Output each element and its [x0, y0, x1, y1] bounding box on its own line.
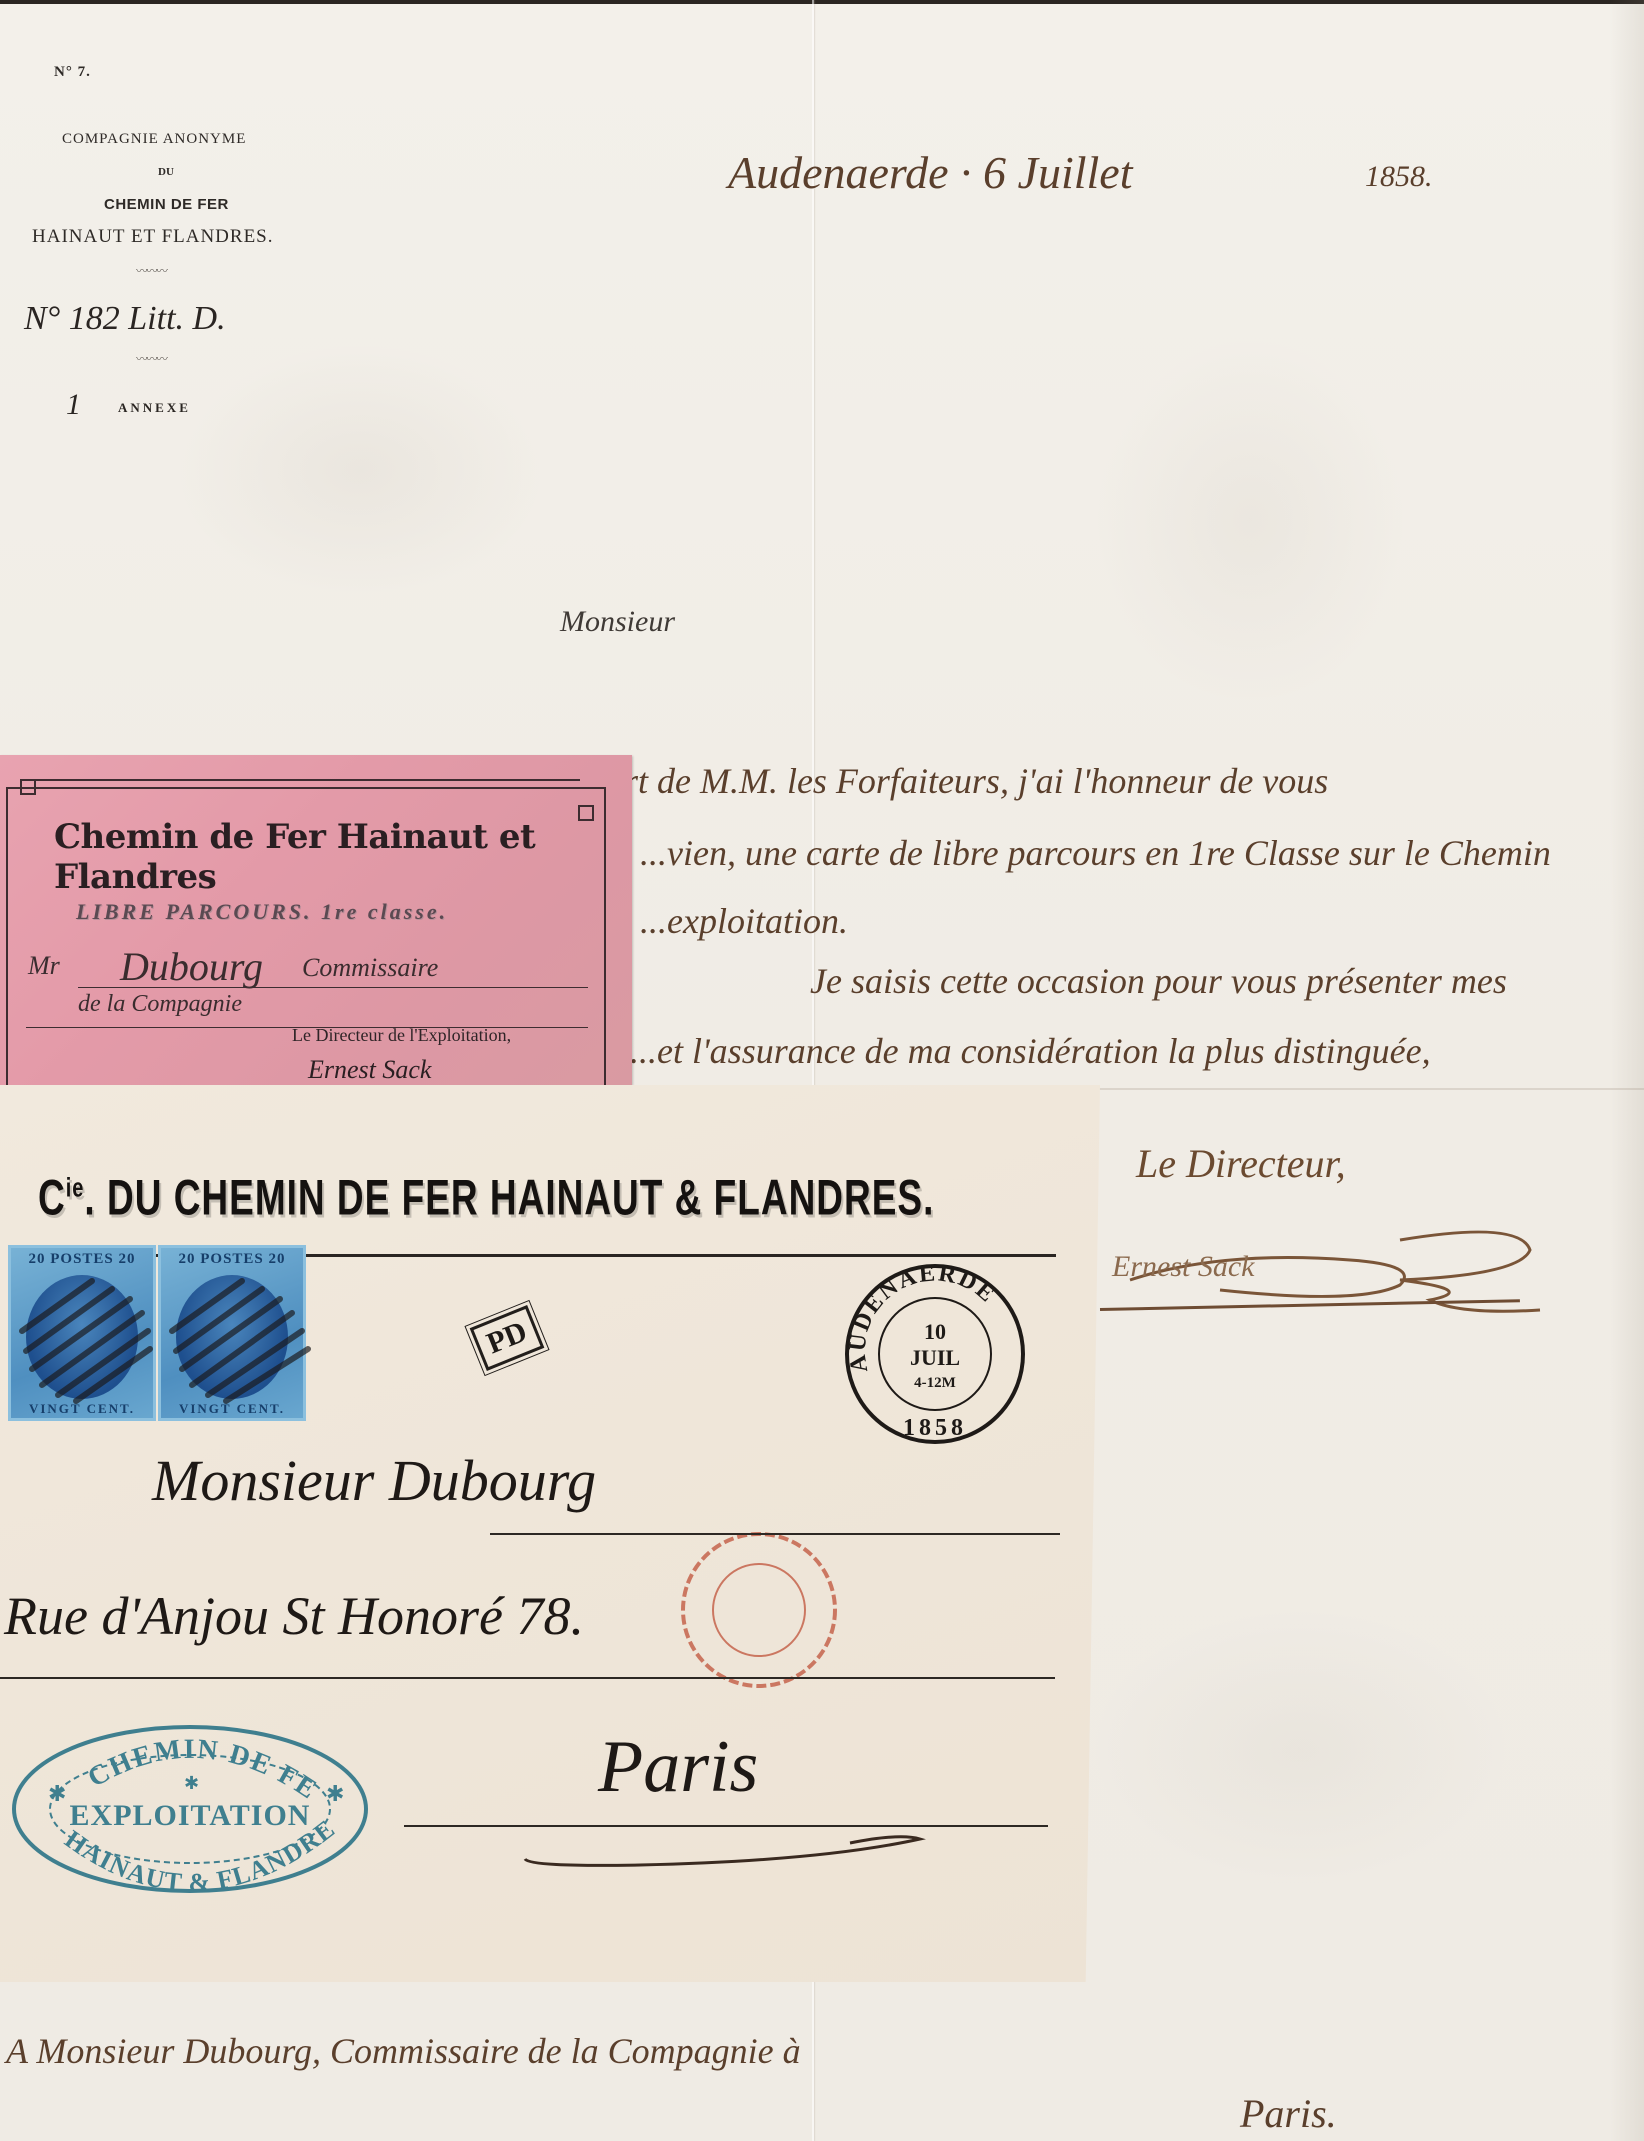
ticket-holder-role: Commissaire — [302, 953, 438, 983]
scan-border — [0, 0, 1644, 4]
ticket-holder-role-2: de la Compagnie — [78, 991, 242, 1018]
annex-label: ANNEXE — [118, 400, 191, 416]
svg-text:✱: ✱ — [184, 1773, 199, 1793]
svg-text:EXPLOITATION: EXPLOITATION — [70, 1799, 311, 1832]
ticket-signatory-name: Ernest Sack — [308, 1055, 431, 1085]
ticket-rule — [78, 987, 588, 988]
ticket-holder-prefix: Mr — [28, 951, 60, 981]
envelope-header: Cie. DU CHEMIN DE FER HAINAUT & FLANDRES… — [38, 1170, 934, 1227]
letter-salutation: Monsieur — [560, 605, 675, 639]
letter-place-date: Audenaerde · 6 Juillet — [728, 146, 1133, 199]
red-transit-postmark — [674, 1525, 844, 1695]
envelope-street: Rue d'Anjou St Honoré 78. — [4, 1585, 584, 1647]
ticket-frame-inner — [20, 779, 580, 785]
svg-text:✱: ✱ — [326, 1781, 344, 1806]
postage-stamp-pair: 20 POSTES 20 VINGT CENT. 20 POSTES 20 VI… — [8, 1245, 312, 1423]
letter-body-line: Je saisis cette occasion pour vous prése… — [810, 960, 1507, 1002]
annex-count: 1 — [66, 388, 81, 422]
envelope: Cie. DU CHEMIN DE FER HAINAUT & FLANDRES… — [0, 1085, 1100, 1982]
barred-cancellation-icon — [12, 1261, 312, 1411]
free-pass-ticket: Chemin de Fer Hainaut et Flandres LIBRE … — [0, 755, 632, 1085]
envelope-city: Paris — [598, 1725, 758, 1810]
ticket-subtitle: LIBRE PARCOURS. 1re classe. — [76, 899, 448, 925]
letterhead-company-line4: HAINAUT ET FLANDRES. — [32, 226, 274, 248]
ticket-signatory-label: Le Directeur de l'Exploitation, — [292, 1025, 511, 1046]
paper-edge-shadow — [1610, 0, 1644, 2141]
ticket-title: Chemin de Fer Hainaut et Flandres — [54, 817, 632, 897]
address-rule — [0, 1677, 1055, 1679]
audenaerde-postmark: AUDENAERDE 10 JUIL 4-12M 1858 — [842, 1261, 1028, 1447]
letter-body-line: ...exploitation. — [640, 900, 848, 942]
svg-text:4-12M: 4-12M — [914, 1375, 956, 1391]
address-rule — [404, 1825, 1048, 1827]
ticket-corner-ornament — [20, 779, 36, 795]
letterhead-company-line2: DU — [158, 166, 174, 178]
letterhead-ornament-1: 〰〰〰 — [136, 262, 166, 279]
letter-year: 1858. — [1365, 160, 1433, 194]
letterhead-reference: N° 182 Litt. D. — [24, 300, 226, 338]
svg-text:✱: ✱ — [48, 1781, 66, 1806]
ticket-holder-name: Dubourg — [120, 943, 263, 990]
envelope-addressee: Monsieur Dubourg — [152, 1447, 596, 1514]
company-oval-cachet: CHEMIN DE FER EXPLOITATION HAINAUT & FLA… — [8, 1721, 373, 1897]
letterhead-company-line1: COMPAGNIE ANONYME — [62, 131, 246, 148]
svg-text:1858: 1858 — [903, 1415, 967, 1441]
letterhead-form-number: N° 7. — [54, 64, 91, 81]
letter-body-line: ...vien, une carte de libre parcours en … — [640, 832, 1551, 874]
svg-text:10: 10 — [924, 1319, 946, 1344]
address-rule — [490, 1533, 1060, 1535]
letter-address-city: Paris. — [1240, 2090, 1337, 2137]
letterhead-company-line3: CHEMIN DE FER — [104, 196, 229, 213]
signature-title: Le Directeur, — [1136, 1140, 1346, 1187]
letter-address-line: A Monsieur Dubourg, Commissaire de la Co… — [6, 2030, 801, 2072]
letterhead-ornament-2: 〰〰〰 — [136, 350, 166, 367]
city-underline-flourish-icon — [520, 1831, 940, 1871]
svg-text:JUIL: JUIL — [910, 1345, 960, 1370]
signature-name: Ernest Sack — [1112, 1250, 1254, 1284]
letter-body-line: ...et l'assurance de ma considération la… — [630, 1030, 1431, 1072]
pd-paid-mark: PD — [470, 1305, 545, 1371]
